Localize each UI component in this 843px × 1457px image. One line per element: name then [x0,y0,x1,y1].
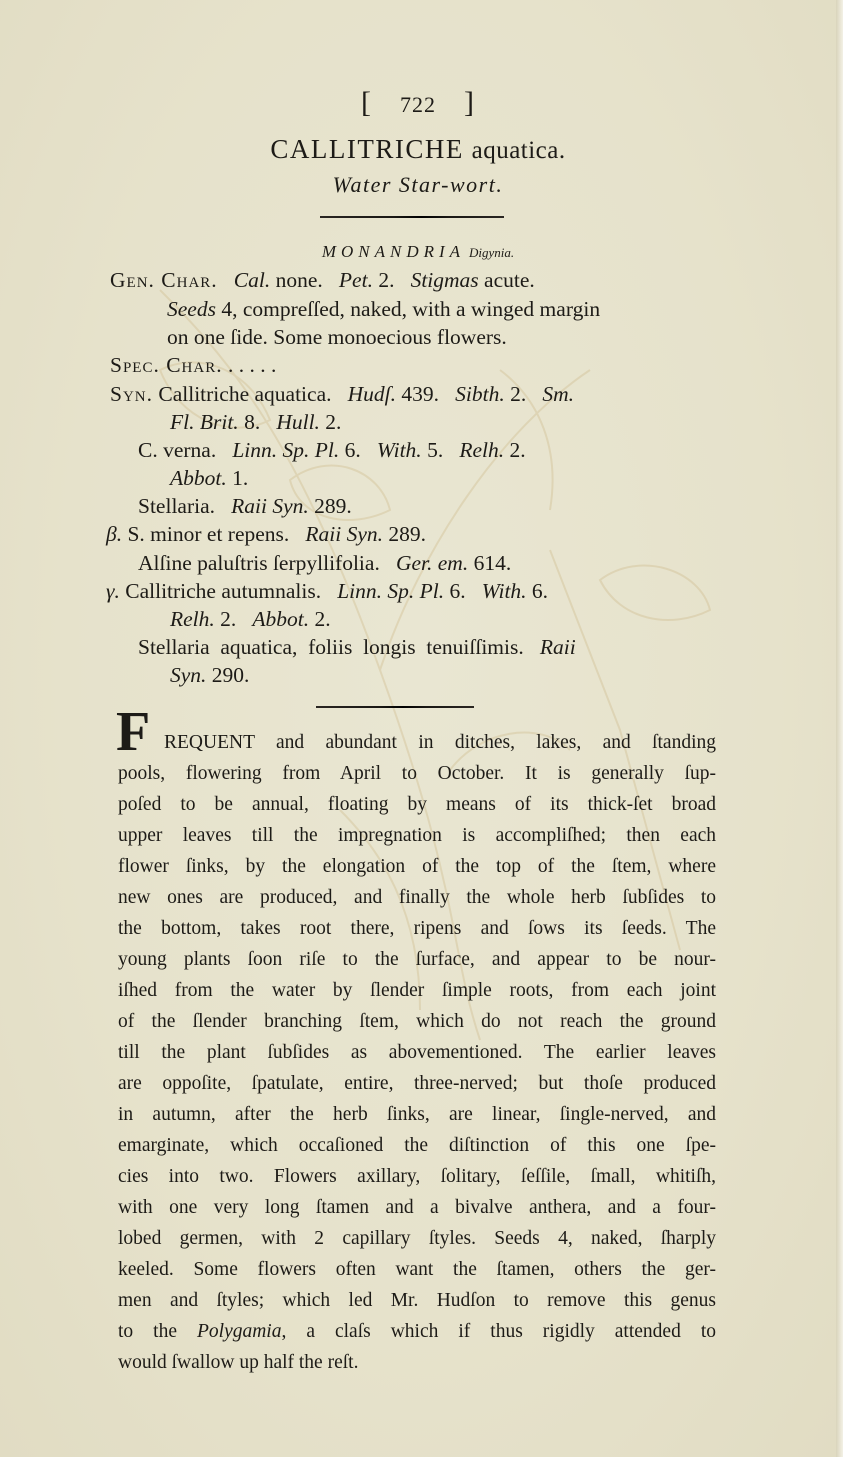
italic-citation: Stigmas [411,268,479,292]
variety-marker: β. [106,522,122,546]
first-word-caps: REQUENT [164,732,276,753]
italic-citation: Ger. em. [396,551,468,575]
text-run: to the [118,1321,197,1342]
body-line: in autumn, after the herb ſinks, are lin… [118,1104,716,1126]
body-line: till the plant ſubſides as abovementione… [118,1042,716,1064]
body-line: with one very long ſtamen and a bivalve … [118,1197,716,1219]
spec-char-line: Spec. Char. . . . . . [110,353,276,378]
body-line: to the Polygamia, a claſs which if thus … [118,1321,716,1343]
italic-citation: Raii Syn. [305,522,383,546]
text-run: 614. [468,551,511,575]
text-run: Stellaria. [138,494,231,518]
rich-text: Stellaria aquatica, foliis longis tenuiſ… [138,635,576,659]
rich-text: S. minor et repens. Raii Syn. 289. [122,522,426,546]
italic-citation: Linn. Sp. Pl. [232,438,339,462]
bracket-open: [ [361,86,372,119]
body-line: keeled. Some flowers often want the ſtam… [118,1259,716,1281]
page-number: [722] [0,86,836,120]
class-name: MONANDRIA [322,242,465,261]
text-run: 2. [215,607,253,631]
body-line: flower ſinks, by the elongation of the t… [118,856,716,878]
gen-char-line-2: Seeds 4, compreſſed, naked, with a winge… [167,297,600,322]
body-line: emarginate, which occaſioned the diſtinc… [118,1135,716,1157]
variety-beta-line-2: Alſine paluſtris ſerpyllifolia. Ger. em.… [138,551,511,576]
italic-citation: Hull. [276,410,320,434]
body-line: of the ſlender branching ſtem, which do … [118,1011,716,1033]
body-line: REQUENT and abundant in ditches, lakes, … [164,732,716,754]
rich-text: Alſine paluſtris ſerpyllifolia. Ger. em.… [138,551,511,575]
italic-citation: Relh. [459,438,504,462]
rich-text: Fl. Brit. 8. Hull. 2. [170,410,341,434]
italic-citation: Fl. Brit. [170,410,239,434]
rich-text: Cal. none. Pet. 2. Stigmas acute. [234,268,535,292]
body-line: poſed to be annual, floating by means of… [118,794,716,816]
text-run: 5. [422,438,460,462]
gen-char-line-1: Gen. Char. Cal. none. Pet. 2. Stigmas ac… [110,268,535,293]
variety-gamma-line-3: Stellaria aquatica, foliis longis tenuiſ… [138,635,576,660]
rich-text: Relh. 2. Abbot. 2. [170,607,331,631]
body-line: cies into two. Flowers axillary, ſolitar… [118,1166,716,1188]
rich-text: Stellaria. Raii Syn. 289. [138,494,352,518]
page-title: CALLITRICHE aquatica. [0,134,836,165]
title-species: aquatica. [472,137,566,164]
italic-citation: Abbot. [252,607,309,631]
syn-line-4: Abbot. 1. [170,466,248,491]
variety-beta-line-1: β. S. minor et repens. Raii Syn. 289. [106,522,426,547]
common-name: Water Star-wort. [0,172,836,198]
text-run: 2. [309,607,331,631]
body-line: young plants ſoon riſe to the ſurface, a… [118,949,716,971]
text-run: Callitriche aquatica. [153,382,348,406]
italic-citation: With. [482,579,527,603]
body-line: men and ſtyles; which led Mr. Hudſon to … [118,1290,716,1312]
syn-line-2: Fl. Brit. 8. Hull. 2. [170,410,341,435]
syn-label: Syn. [110,382,153,406]
page-edge [836,0,843,1457]
text-run: 4, compreſſed, naked, with a winged marg… [216,297,600,321]
text-run: 439. [396,382,455,406]
italic-citation: Pet. [339,268,373,292]
variety-gamma-line-2: Relh. 2. Abbot. 2. [170,607,331,632]
spec-char-label: Spec. Char. [110,353,223,377]
italic-citation: Raii [540,635,576,659]
bracket-close: ] [464,86,475,119]
text-run: 289. [383,522,426,546]
rich-text: C. verna. Linn. Sp. Pl. 6. With. 5. Relh… [138,438,526,462]
body-line: are oppoſite, ſpatulate, entire, three-n… [118,1073,716,1095]
gen-char-label: Gen. Char. [110,268,218,292]
text-run: 6. [444,579,482,603]
italic-citation: With. [377,438,422,462]
body-line: iſhed from the water by ſlender ſimple r… [118,980,716,1002]
order-name: Digynia. [469,245,514,260]
syn-line-5: Stellaria. Raii Syn. 289. [138,494,352,519]
italic-citation: Sibth. [455,382,505,406]
text-run: acute. [479,268,535,292]
syn-line-3: C. verna. Linn. Sp. Pl. 6. With. 5. Relh… [138,438,526,463]
drop-cap: F [116,704,150,760]
text-run: 2. [320,410,342,434]
book-page: [722] CALLITRICHE aquatica. Water Star-w… [0,0,836,1457]
rich-text: Syn. 290. [170,663,249,687]
syn-line-1: Syn. Callitriche aquatica. Hudſ. 439. Si… [110,382,574,407]
text-run: 290. [206,663,249,687]
text-run: 289. [309,494,352,518]
body-line: the bottom, takes root there, ripens and… [118,918,716,940]
body-line: lobed germen, with 2 capillary ſtyles. S… [118,1228,716,1250]
text-run: none. [270,268,339,292]
text-run: 2. [505,382,543,406]
text-run: C. verna. [138,438,232,462]
italic-citation: Relh. [170,607,215,631]
rich-text: Abbot. 1. [170,466,248,490]
italic-citation: Seeds [167,297,216,321]
text-run: Stellaria aquatica, foliis longis tenuiſ… [138,635,540,659]
title-genus: CALLITRICHE [270,134,463,164]
variety-gamma-line-1: γ. Callitriche autumnalis. Linn. Sp. Pl.… [106,579,548,604]
rich-text: Seeds 4, compreſſed, naked, with a winge… [167,297,600,321]
italic-citation: Linn. Sp. Pl. [337,579,444,603]
italic-citation: Raii Syn. [231,494,309,518]
text-run: 1. [227,466,249,490]
title-divider-rule [320,216,504,218]
text-run: 6. [527,579,549,603]
body-line: pools, flowering from April to October. … [118,763,716,785]
variety-gamma-line-4: Syn. 290. [170,663,249,688]
italic-citation: Hudſ. [348,382,396,406]
section-divider-rule [316,706,474,708]
rich-text: Callitriche autumnalis. Linn. Sp. Pl. 6.… [120,579,548,603]
text-run: 6. [339,438,377,462]
text-run: Callitriche autumnalis. [120,579,337,603]
text-run: S. minor et repens. [122,522,305,546]
body-line: would ſwallow up half the reſt. [118,1352,716,1374]
italic-citation: Sm. [542,382,574,406]
italic-citation: Syn. [170,663,206,687]
page-number-value: 722 [400,92,436,117]
rich-text: Callitriche aquatica. Hudſ. 439. Sibth. … [153,382,574,406]
text-run: Alſine paluſtris ſerpyllifolia. [138,551,396,575]
spec-char-value: . . . . . [223,353,277,377]
text-run: 2. [504,438,526,462]
italic-citation: Polygamia [197,1321,281,1342]
variety-marker: γ. [106,579,120,603]
gen-char-line-3: on one ſide. Some monoecious flowers. [167,325,507,350]
text-run: and abundant in ditches, lakes, and ſtan… [276,732,716,753]
italic-citation: Abbot. [170,466,227,490]
text-run: 2. [373,268,411,292]
body-line: upper leaves till the impregnation is ac… [118,825,716,847]
text-run: 8. [239,410,277,434]
italic-citation: Cal. [234,268,270,292]
text-run: , a claſs which if thus rigidly attended… [281,1321,716,1342]
linnaean-classification: MONANDRIA Digynia. [0,242,836,262]
body-line: new ones are produced, and finally the w… [118,887,716,909]
